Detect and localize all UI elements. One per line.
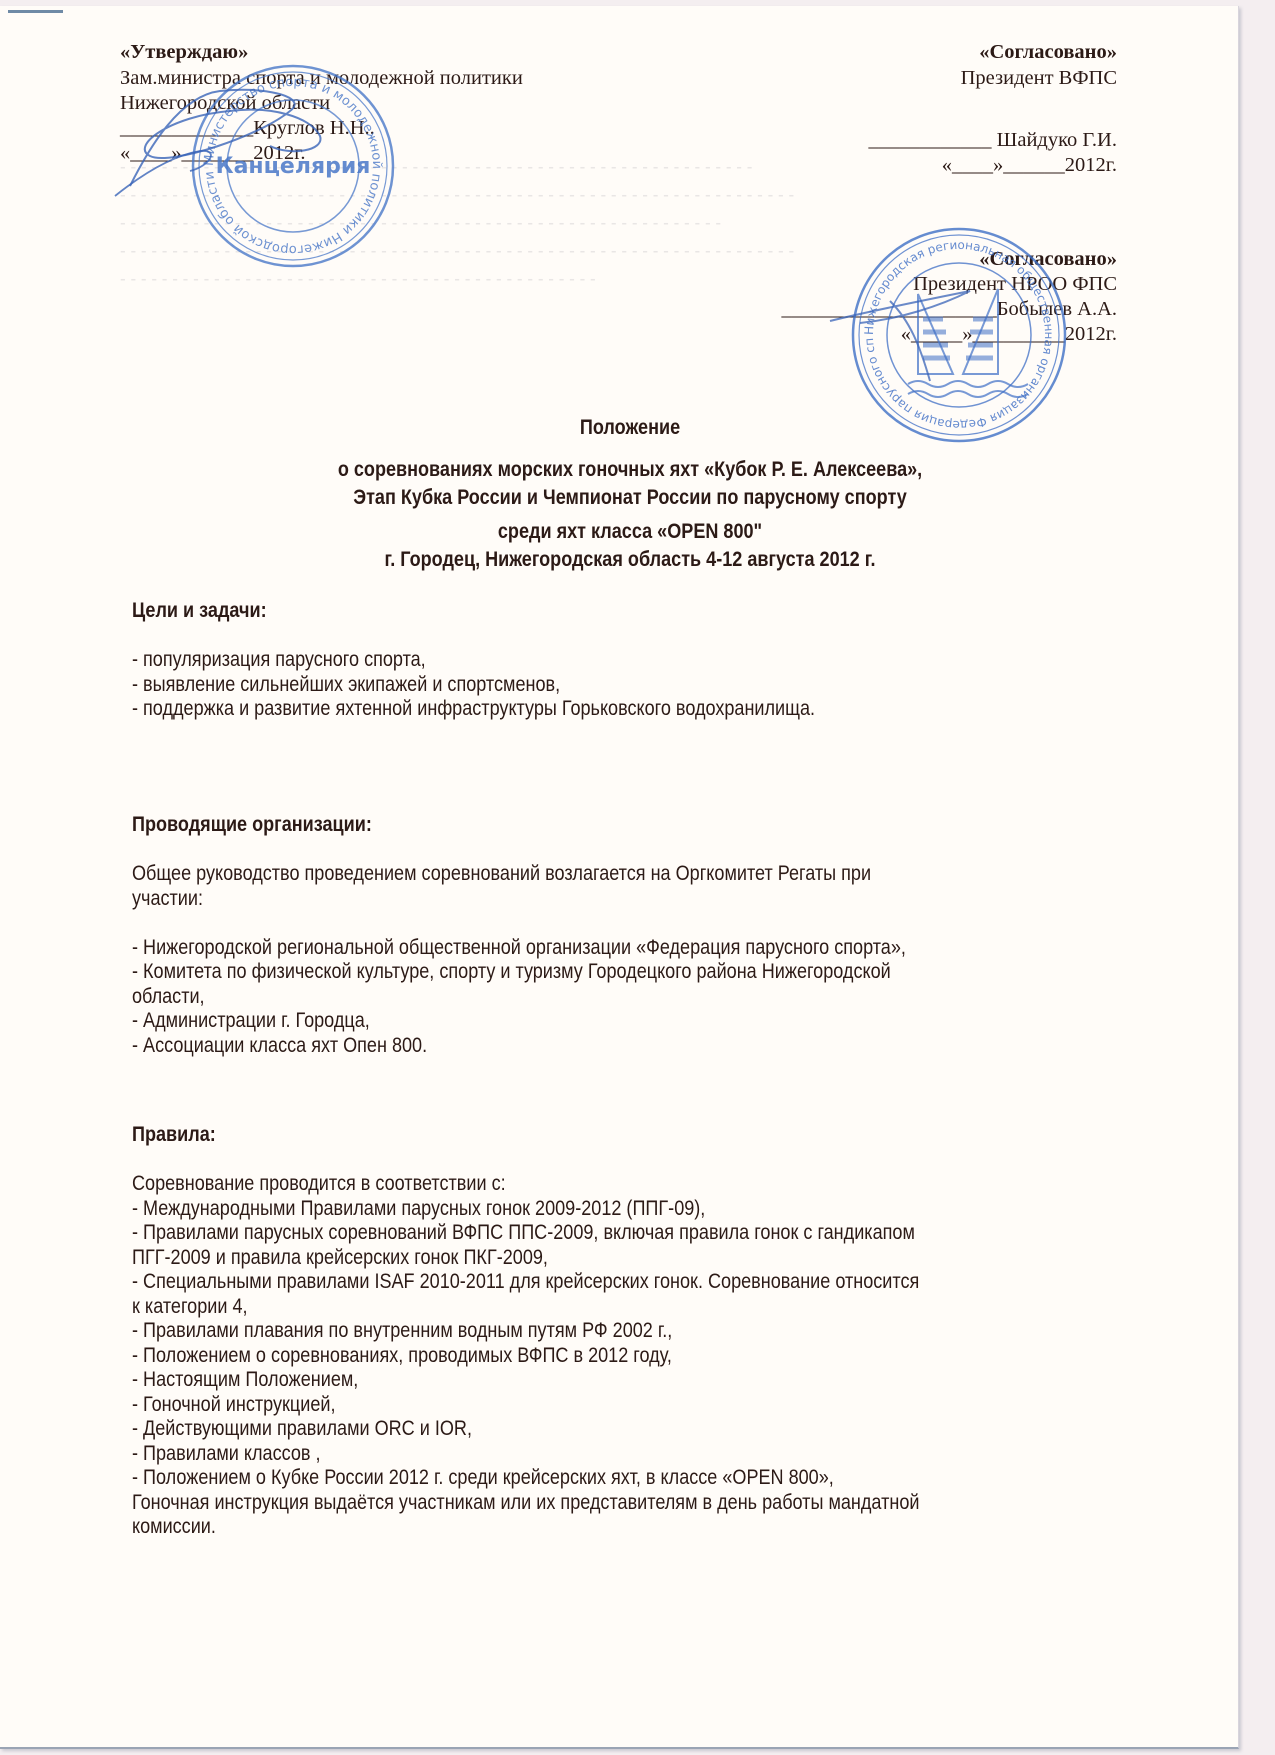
list-item: - выявление сильнейших экипажей и спортс… (132, 673, 815, 698)
approval-left-position-2: Нижегородской области (120, 91, 330, 115)
list-item: - Администрации г. Городца, (132, 1009, 906, 1034)
title-line-2: о соревнованиях морских гоночных яхт «Ку… (260, 456, 1000, 484)
title-line-5: г. Городец, Нижегородская область 4-12 а… (260, 546, 1000, 574)
approval-right-2-heading: «Согласовано» (979, 247, 1117, 271)
list-item: - Специальными правилами ISAF 2010-2011 … (132, 1270, 919, 1295)
list-item: - Комитета по физической культуре, спорт… (132, 960, 906, 985)
spacer (132, 911, 906, 936)
list-item: - Международными Правилами парусных гоно… (132, 1197, 919, 1222)
section-heading: Проводящие организации: (132, 813, 906, 838)
scan-edge-mark (8, 10, 63, 13)
list-item: - Настоящим Положением, (132, 1368, 919, 1393)
paragraph-line: участии: (132, 887, 906, 912)
approval-right-1-position: Президент ВФПС (961, 66, 1117, 90)
document-page: - - - - - - - - - - - - - - - - - - - - … (0, 6, 1239, 1749)
approval-right-2-date-line: «_____»_________2012г. (901, 322, 1117, 346)
spacer (132, 838, 906, 863)
section-heading: Цели и задачи: (132, 599, 815, 624)
section-goals: Цели и задачи: - популяризация парусного… (132, 599, 815, 722)
list-item: - Нижегородской региональной общественно… (132, 936, 906, 961)
list-item: - Правилами плавания по внутренним водны… (132, 1319, 919, 1344)
paragraph-line: комиссии. (132, 1515, 919, 1540)
title-line-4: среди яхт класса «OPEN 800" (260, 518, 1000, 546)
document-subtitle: о соревнованиях морских гоночных яхт «Ку… (260, 456, 1000, 512)
approval-left-position-1: Зам.министра спорта и молодежной политик… (120, 66, 523, 90)
section-organizers: Проводящие организации: Общее руководств… (132, 813, 906, 1058)
section-rules: Правила: Соревнование проводится в соотв… (132, 1123, 919, 1540)
paragraph-line: Соревнование проводится в соответствии с… (132, 1172, 919, 1197)
list-item: - Ассоциации класса яхт Опен 800. (132, 1034, 906, 1059)
approval-right-1-heading: «Согласовано» (979, 40, 1117, 64)
list-item: - Гоночной инструкцией, (132, 1393, 919, 1418)
document-subtitle-class: среди яхт класса «OPEN 800" г. Городец, … (260, 518, 1000, 574)
approval-right-1-date-line: «____»______2012г. (942, 153, 1117, 177)
list-item: ПГГ-2009 и правила крейсерских гонок ПКГ… (132, 1246, 919, 1271)
title-line-3: Этап Кубка России и Чемпионат России по … (260, 484, 1000, 512)
approval-left-signature-line: _____________Круглов Н.Н.. (120, 116, 375, 140)
list-item: - Правилами парусных соревнований ВФПС П… (132, 1221, 919, 1246)
list-item: к категории 4, (132, 1295, 919, 1320)
approval-right-2-signature-line: _____________________Бобылев А.А. (782, 297, 1117, 321)
paragraph-line: Общее руководство проведением соревнован… (132, 862, 906, 887)
list-item: - поддержка и развитие яхтенной инфрастр… (132, 697, 815, 722)
approval-left-heading: «Утверждаю» (120, 40, 248, 64)
paragraph-line: Гоночная инструкция выдаётся участникам … (132, 1491, 919, 1516)
list-item: области, (132, 985, 906, 1010)
list-item: - Действующими правилами ORC и IOR, (132, 1417, 919, 1442)
spacer (132, 624, 815, 649)
spacer (132, 1148, 919, 1173)
list-item: - Положением о Кубке России 2012 г. сред… (132, 1466, 919, 1491)
section-heading: Правила: (132, 1123, 919, 1148)
approval-left-date-line: «____»_______2012г. (120, 141, 305, 165)
list-item: - Правилами классов , (132, 1442, 919, 1467)
list-item: - Положением о соревнованиях, проводимых… (132, 1344, 919, 1369)
approval-right-1-signature-line: ____________ Шайдуко Г.И. (869, 128, 1117, 152)
approval-right-2-position: Президент НРОО ФПС (913, 272, 1117, 296)
document-title: Положение (260, 414, 1000, 442)
list-item: - популяризация парусного спорта, (132, 648, 815, 673)
title-heading: Положение (260, 414, 1000, 442)
